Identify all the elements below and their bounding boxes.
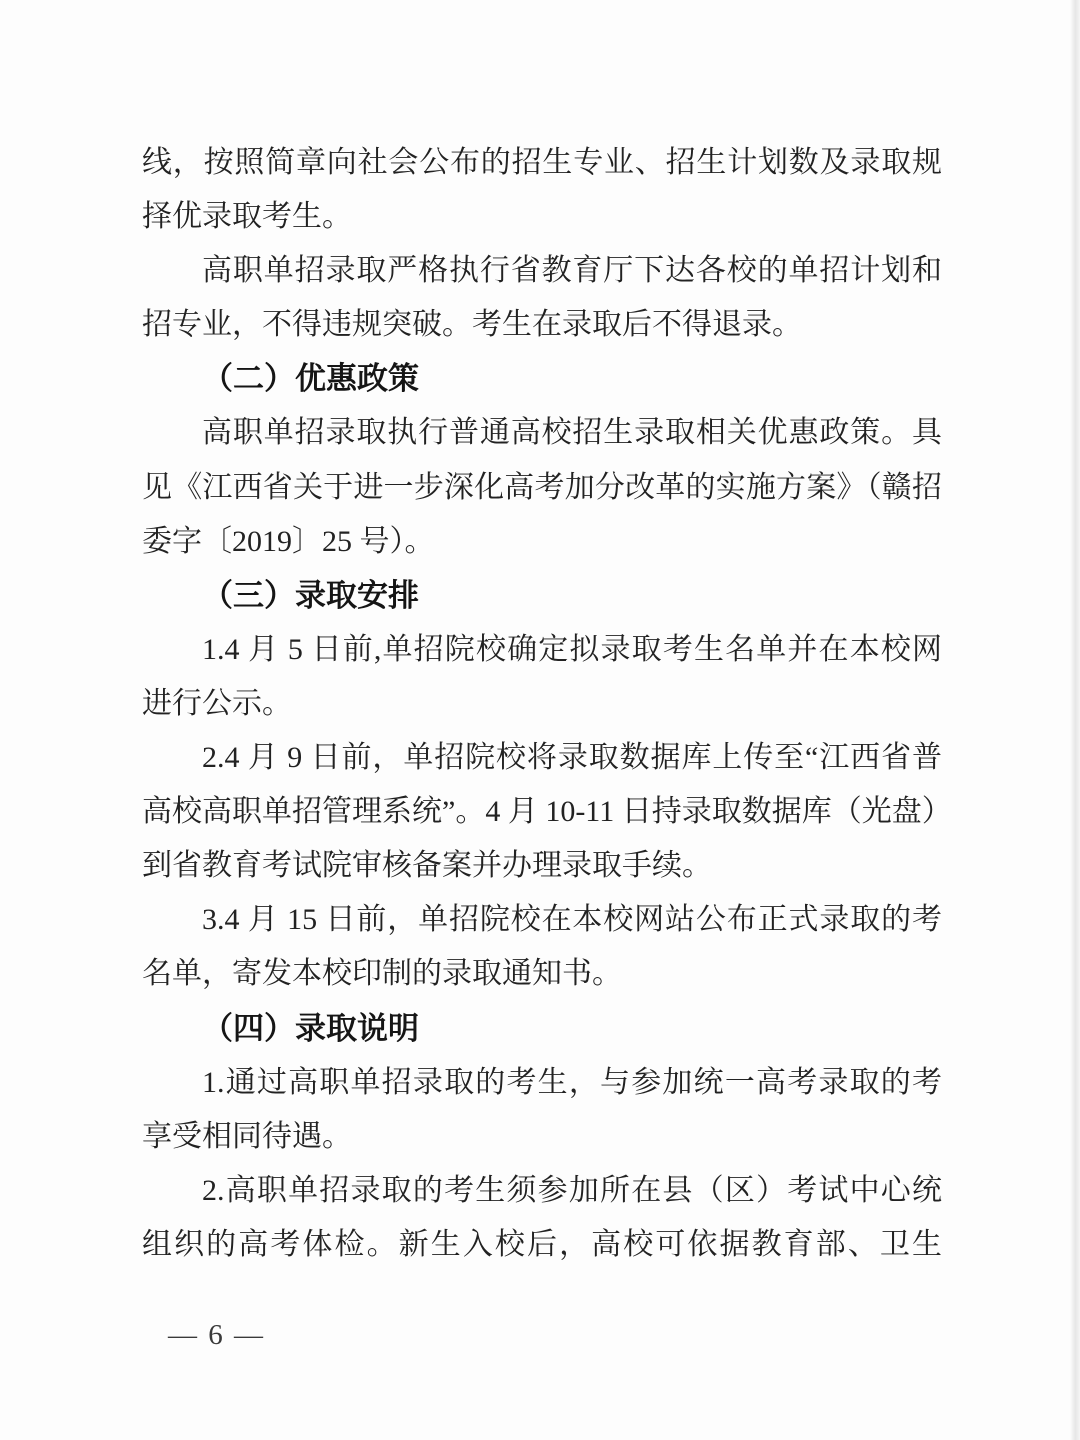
scan-edge-shadow [1070, 0, 1080, 1440]
body-line: 线，按照简章向社会公布的招生专业、招生计划数及录取规则 [142, 136, 942, 190]
body-line: 高职单招录取执行普通高校招生录取相关优惠政策。具体 [142, 406, 942, 460]
body-line: 高校高职单招管理系统”。4 月 10-11 日持录取数据库（光盘） [142, 785, 942, 839]
section-heading: （二）优惠政策 [142, 352, 942, 406]
document-page: 线，按照简章向社会公布的招生专业、招生计划数及录取规则 择优录取考生。 高职单招… [0, 0, 1080, 1440]
body-line: 1.通过高职单招录取的考生，与参加统一高考录取的考生 [142, 1056, 942, 1110]
body-line: 2.4 月 9 日前，单招院校将录取数据库上传至“江西省普通 [142, 731, 942, 785]
body-line: 2.高职单招录取的考生须参加所在县（区）考试中心统一 [142, 1164, 942, 1218]
body-line: 招专业，不得违规突破。考生在录取后不得退录。 [142, 298, 942, 352]
body-line: 择优录取考生。 [142, 190, 942, 244]
body-line: 到省教育考试院审核备案并办理录取手续。 [142, 839, 942, 893]
body-line: 见《江西省关于进一步深化高考加分改革的实施方案》（赣招 [142, 461, 942, 515]
body-line: 名单，寄发本校印制的录取通知书。 [142, 947, 942, 1001]
body-line: 委字〔2019〕25 号）。 [142, 515, 942, 569]
body-line: 进行公示。 [142, 677, 942, 731]
section-heading: （四）录取说明 [142, 1002, 942, 1056]
document-body: 线，按照简章向社会公布的招生专业、招生计划数及录取规则 择优录取考生。 高职单招… [142, 136, 942, 1272]
page-number: — 6 — [168, 1318, 265, 1352]
section-heading: （三）录取安排 [142, 569, 942, 623]
body-line: 1.4 月 5 日前,单招院校确定拟录取考生名单并在本校网站 [142, 623, 942, 677]
body-line: 3.4 月 15 日前，单招院校在本校网站公布正式录取的考生 [142, 893, 942, 947]
body-line: 组织的高考体检。新生入校后，高校可依据教育部、卫生部、 [142, 1218, 942, 1272]
body-line: 享受相同待遇。 [142, 1110, 942, 1164]
body-line: 高职单招录取严格执行省教育厅下达各校的单招计划和单 [142, 244, 942, 298]
